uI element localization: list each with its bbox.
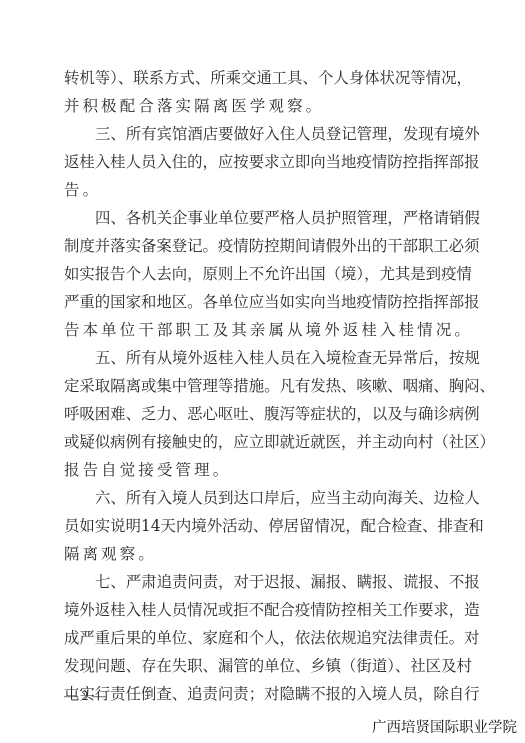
text-line: 转机等）、联系方式、所乘交通工具、个人身体状况等情况， — [64, 64, 458, 92]
text-line: 屯实行责任倒查、追责问责；对隐瞒不报的入境人员，除自行 — [64, 680, 458, 708]
text-line: 严重的国家和地区。各单位应当如实向当地疫情防控指挥部报 — [64, 288, 458, 316]
document-body: 转机等）、联系方式、所乘交通工具、个人身体状况等情况， 并积极配合落实隔离医学观… — [64, 64, 458, 708]
text-line: 发现问题、存在失职、漏管的单位、乡镇（街道）、社区及村 — [64, 652, 458, 680]
paragraph-first-line: 三、所有宾馆酒店要做好入住人员登记管理，发现有境外 — [64, 120, 458, 148]
document-page: 转机等）、联系方式、所乘交通工具、个人身体状况等情况， 并积极配合落实隔离医学观… — [0, 0, 525, 743]
paragraph-first-line: 四、各机关企事业单位要严格人员护照管理，严格请销假 — [64, 204, 458, 232]
text-line: 境外返桂入桂人员情况或拒不配合疫情防控相关工作要求，造 — [64, 596, 458, 624]
text-line: 如实报告个人去向，原则上不允许出国（境），尤其是到疫情 — [64, 260, 458, 288]
text-line: 隔离观察。 — [64, 540, 458, 568]
text-line: 定采取隔离或集中管理等措施。凡有发热、咳嗽、咽痛、胸闷、 — [64, 372, 458, 400]
text-line: 并积极配合落实隔离医学观察。 — [64, 92, 458, 120]
text-line: 报告自觉接受管理。 — [64, 456, 458, 484]
text-line: 员如实说明14天内境外活动、停居留情况，配合检查、排查和 — [64, 512, 458, 540]
page-number: — 2 — — [64, 688, 106, 706]
text-line: 制度并落实备案登记。疫情防控期间请假外出的干部职工必须 — [64, 232, 458, 260]
paragraph-first-line: 六、所有入境人员到达口岸后，应当主动向海关、边检人 — [64, 484, 458, 512]
text-line: 或疑似病例有接触史的，应立即就近就医，并主动向村（社区） — [64, 428, 458, 456]
text-line: 告。 — [64, 176, 458, 204]
text-line: 返桂入桂人员入住的，应按要求立即向当地疫情防控指挥部报 — [64, 148, 458, 176]
watermark-text: 广西培贤国际职业学院 — [372, 718, 517, 738]
text-line: 呼吸困难、乏力、恶心呕吐、腹泻等症状的，以及与确诊病例 — [64, 400, 458, 428]
text-line: 成严重后果的单位、家庭和个人，依法依规追究法律责任。对 — [64, 624, 458, 652]
paragraph-first-line: 五、所有从境外返桂入桂人员在入境检查无异常后，按规 — [64, 344, 458, 372]
paragraph-first-line: 七、严肃追责问责，对于迟报、漏报、瞒报、谎报、不报 — [64, 568, 458, 596]
text-line: 告本单位干部职工及其亲属从境外返桂入桂情况。 — [64, 316, 458, 344]
